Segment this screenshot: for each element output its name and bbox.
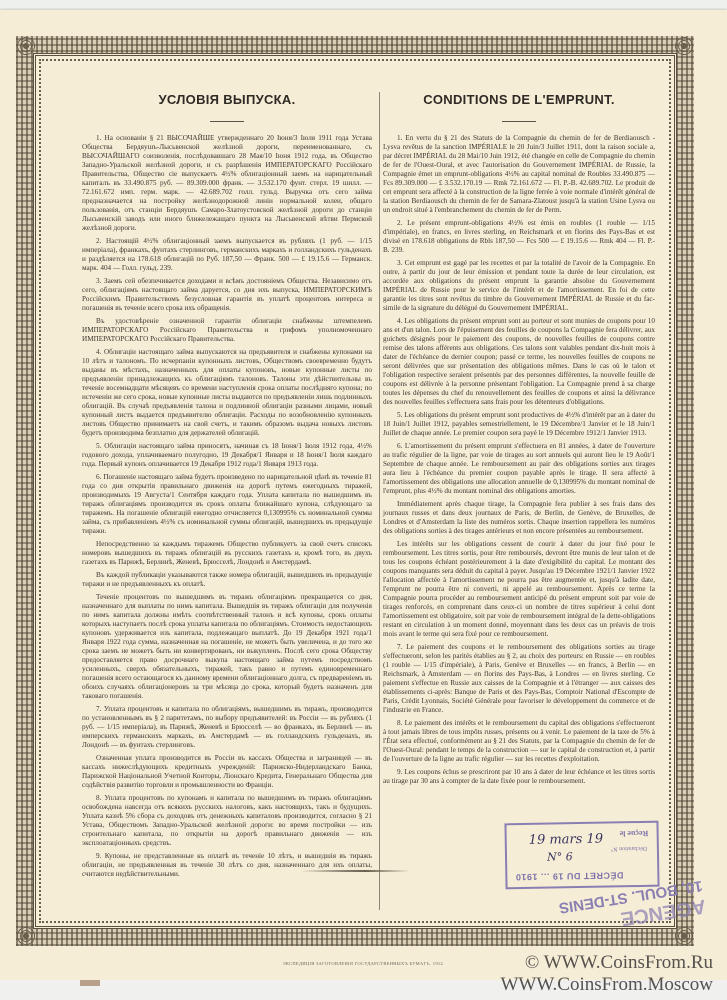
ru-paragraph: Въ удостовѣреніе означенной гарантіи обл… bbox=[82, 317, 372, 344]
stamp-decree-label: DÉCRET DU 19 ... 1910 bbox=[515, 870, 623, 882]
document-body: УСЛОВІЯ ВЫПУСКА. 1. На основаніи § 21 ВЫ… bbox=[42, 60, 670, 920]
ru-paragraph: 6. Погашеніе настоящаго займа будетъ про… bbox=[82, 473, 372, 536]
fr-paragraph: Les intérêts sur les obligations cessent… bbox=[383, 540, 655, 639]
russian-paragraphs: 1. На основаніи § 21 ВЫСОЧАЙШЕ утвержден… bbox=[82, 134, 372, 879]
column-divider bbox=[379, 92, 380, 910]
ru-paragraph: Въ каждой публикаціи указываются также н… bbox=[82, 571, 372, 589]
fr-paragraph: 4. Les obligations du présent emprunt so… bbox=[383, 317, 655, 407]
russian-title: УСЛОВІЯ ВЫПУСКА. bbox=[82, 92, 372, 107]
watermark-line-2: WWW.CoinsFrom.Moscow bbox=[500, 974, 713, 996]
paper-tab bbox=[80, 980, 100, 986]
stamp-received-label: Reçue le bbox=[620, 829, 649, 838]
ru-paragraph: 4. Облигаціи настоящаго займа выпускаютс… bbox=[82, 348, 372, 438]
registration-stamp: Reçue le Déclaration N° DÉCRET DU 19 ...… bbox=[504, 821, 659, 890]
fr-paragraph: Immédiatement après chaque tirage, la Co… bbox=[383, 500, 655, 536]
ru-paragraph: 5. Облигаціи настоящаго займа приносятъ,… bbox=[82, 442, 372, 469]
fr-paragraph: 7. Le paiement des coupons et le rembour… bbox=[383, 643, 655, 715]
ornamental-flourish bbox=[300, 870, 410, 872]
fr-paragraph: 8. Le paiement des intérêts et le rembou… bbox=[383, 719, 655, 764]
ru-paragraph: 7. Уплата процентовъ и капитала по облиг… bbox=[82, 705, 372, 750]
ru-paragraph: 2. Настоящій 4½% облигаціонный заемъ вып… bbox=[82, 237, 372, 273]
ru-paragraph: Теченіе процентовъ по вышедшимъ въ тираж… bbox=[82, 593, 372, 701]
title-rule bbox=[210, 121, 244, 122]
stamp-declaration-label: Déclaration N° bbox=[611, 845, 647, 852]
watermark: © WWW.CoinsFrom.Ru WWW.CoinsFrom.Moscow bbox=[500, 952, 713, 996]
fr-paragraph: 6. L'amortissement du présent emprunt s'… bbox=[383, 442, 655, 496]
ru-paragraph: Непосредственно за каждымъ тиражемъ Обще… bbox=[82, 540, 372, 567]
fr-paragraph: 2. Le présent emprunt-obligations 4½% es… bbox=[383, 219, 655, 255]
fr-paragraph: 9. Les coupons échus se prescriront par … bbox=[383, 768, 655, 786]
fr-paragraph: 5. Les obligations du présent emprunt so… bbox=[383, 411, 655, 438]
french-paragraphs: 1. En vertu du § 21 des Statuts de la Co… bbox=[383, 134, 655, 786]
fr-paragraph: 1. En vertu du § 21 des Statuts de la Co… bbox=[383, 134, 655, 215]
ru-paragraph: Означенная уплата производится въ Россіи… bbox=[82, 754, 372, 790]
watermark-line-1: © WWW.CoinsFrom.Ru bbox=[500, 952, 713, 974]
ru-paragraph: 9. Купоны, не представленные къ оплатѣ в… bbox=[82, 852, 372, 879]
title-rule bbox=[502, 121, 536, 122]
russian-column: УСЛОВІЯ ВЫПУСКА. 1. На основаніи § 21 ВЫ… bbox=[82, 92, 372, 883]
ru-paragraph: 3. Заемъ сей обезпечивается доходами и в… bbox=[82, 277, 372, 313]
ru-paragraph: 8. Уплата процентовъ по купонамъ и капит… bbox=[82, 794, 372, 848]
handwritten-number: N° 6 bbox=[547, 850, 573, 863]
french-column: CONDITIONS DE L'EMPRUNT. 1. En vertu du … bbox=[383, 92, 655, 790]
handwritten-date: 19 mars 19 bbox=[529, 832, 604, 848]
french-title: CONDITIONS DE L'EMPRUNT. bbox=[383, 92, 655, 107]
ru-paragraph: 1. На основаніи § 21 ВЫСОЧАЙШЕ утвержден… bbox=[82, 134, 372, 233]
fr-paragraph: 3. Cet emprunt est gagé par les recettes… bbox=[383, 259, 655, 313]
